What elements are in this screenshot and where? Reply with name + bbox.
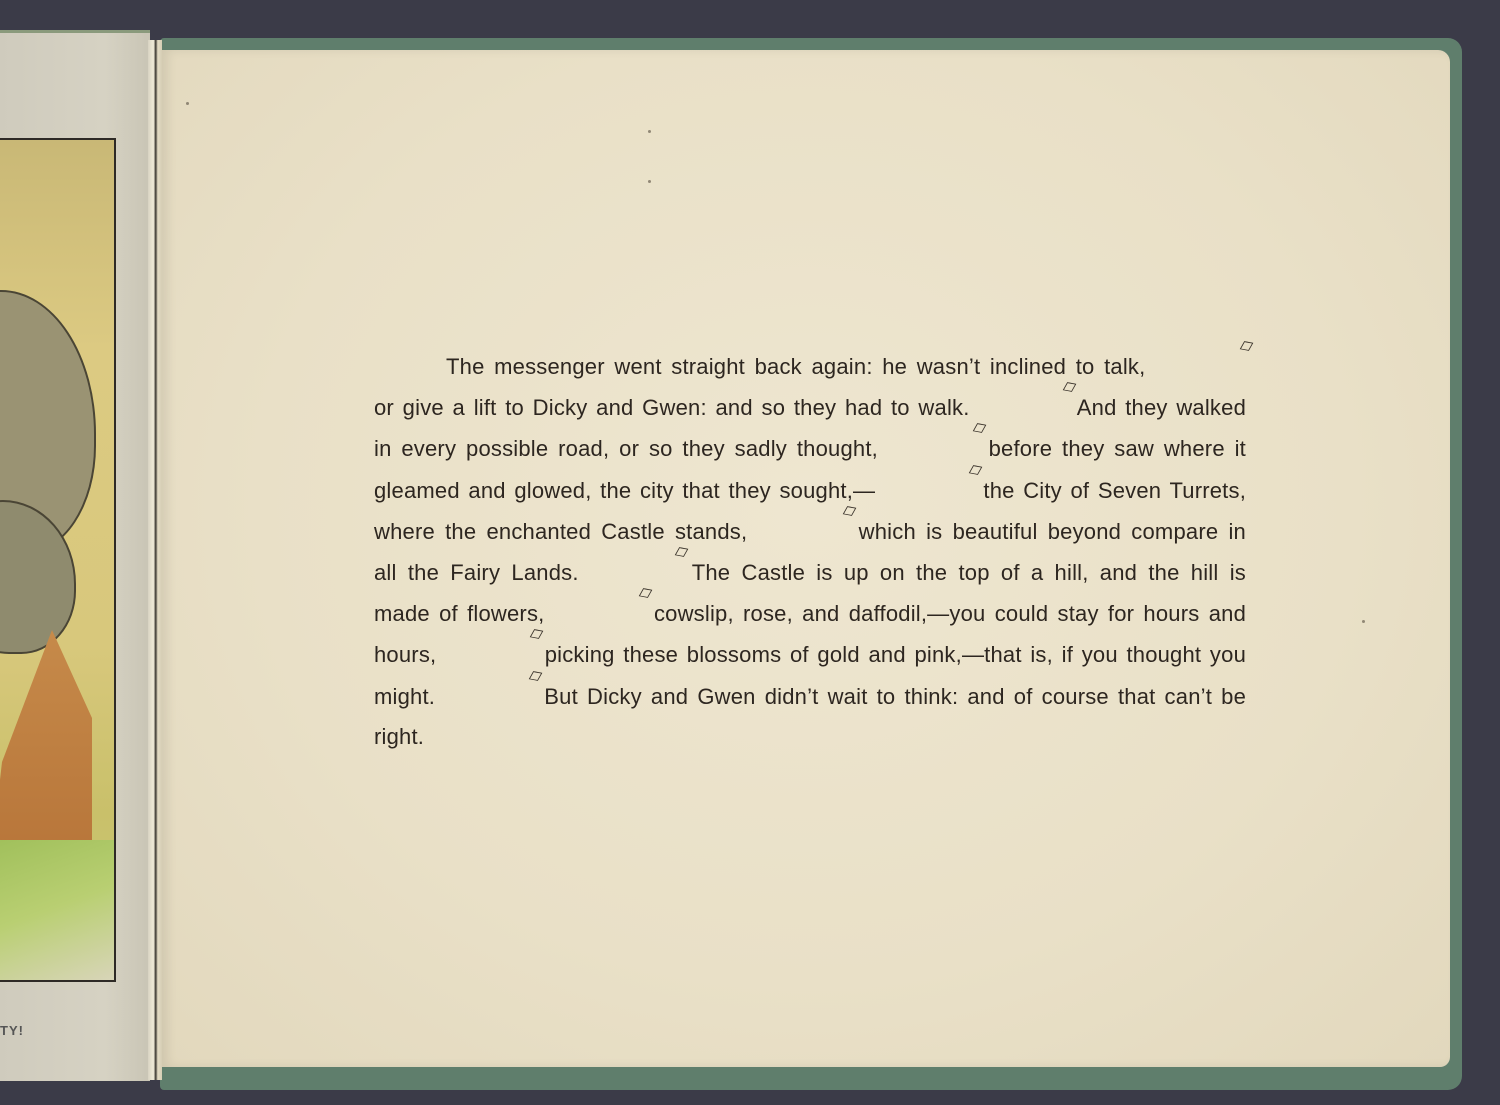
body-paragraph: The messenger went straight back again: … <box>374 346 1246 757</box>
paper-speck <box>648 130 651 133</box>
text-segment: or give a lift to Dicky and Gwen: and so… <box>374 395 970 420</box>
right-page: The messenger went straight back again: … <box>162 50 1450 1067</box>
illustration <box>0 138 116 982</box>
paper-speck <box>1362 620 1365 623</box>
paper-speck <box>186 102 189 105</box>
left-page: TY! <box>0 30 150 1081</box>
haystack-shape <box>0 630 92 850</box>
book-gutter <box>148 40 162 1080</box>
paper-speck <box>648 180 651 183</box>
grass-area <box>0 840 114 980</box>
illustration-caption: TY! <box>0 1023 50 1038</box>
book-scan: TY! The messenger went straight back aga… <box>0 0 1500 1105</box>
text-segment: The messenger went straight back again: … <box>446 354 1145 379</box>
